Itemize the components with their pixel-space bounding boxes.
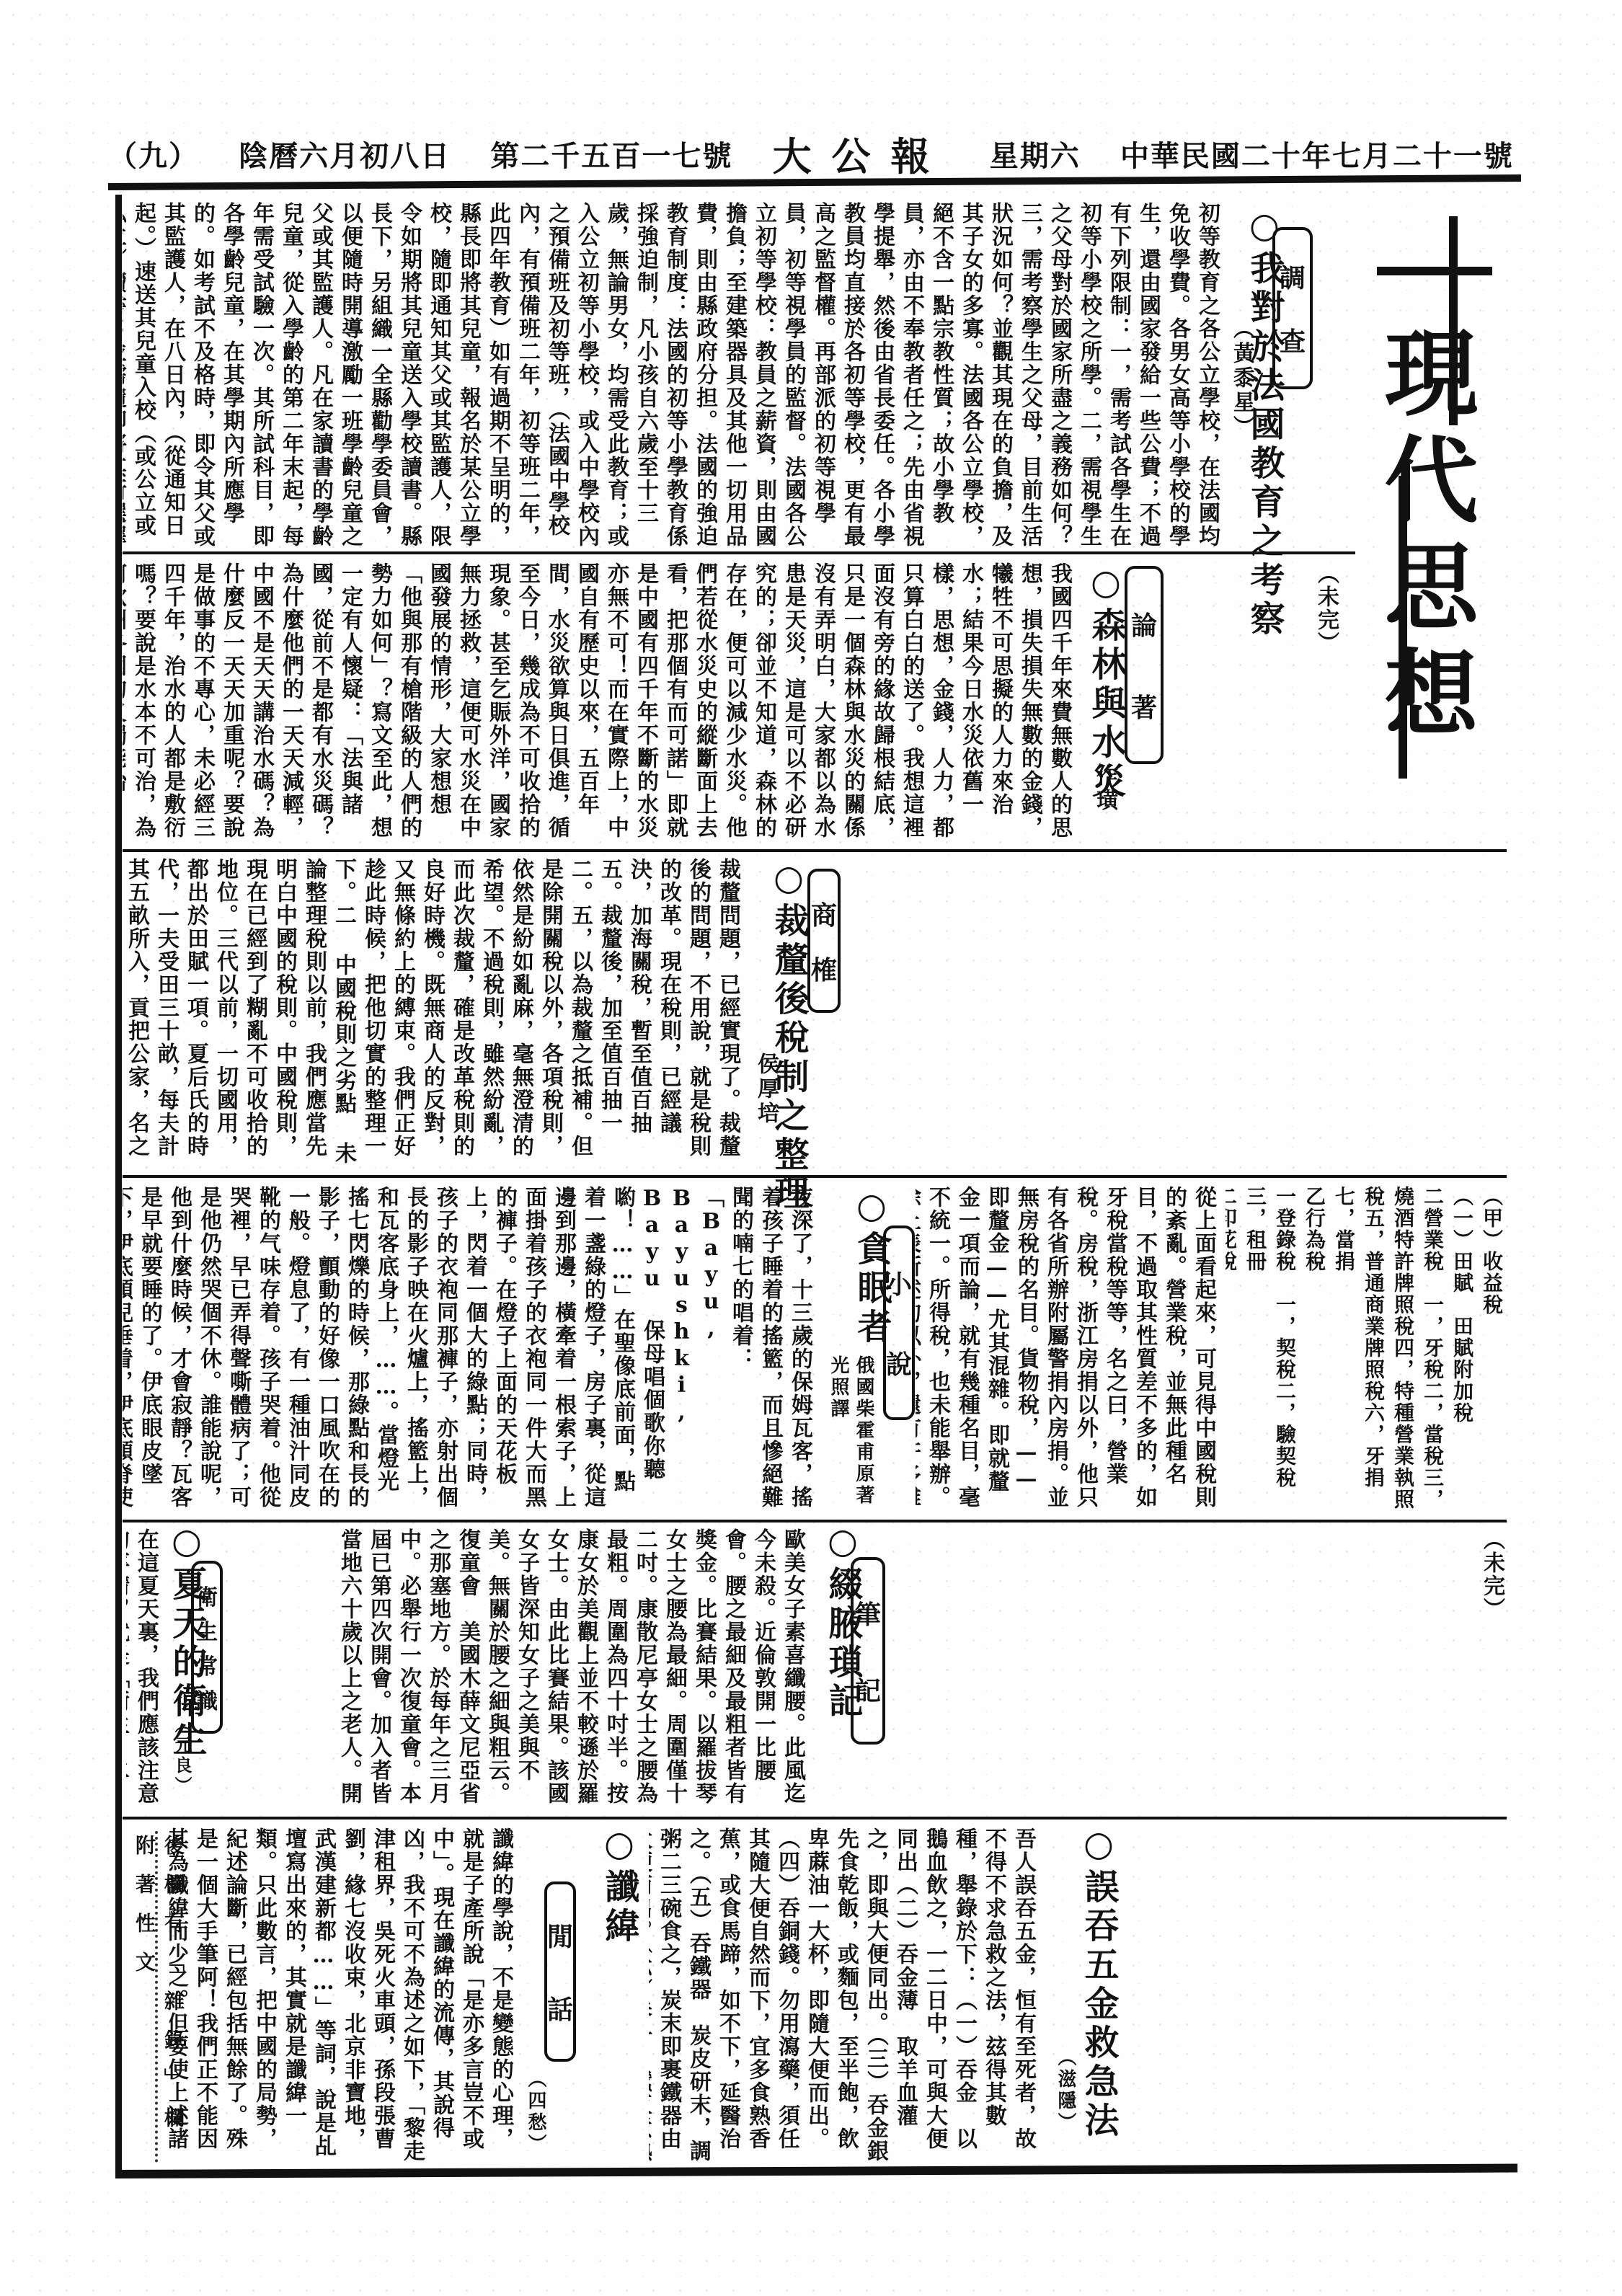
- frame-left-border: [115, 195, 122, 2170]
- translator-sleepy: 光照譯: [825, 1355, 852, 1420]
- tax-item: （甲）收益稅: [1477, 1186, 1507, 1514]
- masthead: 中華民國二十年七月二十一號 星期六 大公報 第二千五百一七號 陰曆六月初八日 （…: [108, 128, 1514, 179]
- author-swallow: （滋隱）: [1052, 2047, 1079, 2134]
- ornament-stem: [1399, 476, 1407, 779]
- newspaper-page: 中華民國二十年七月二十一號 星期六 大公報 第二千五百一七號 陰曆六月初八日 （…: [0, 0, 1622, 2296]
- paper-name: 大公報: [773, 126, 950, 182]
- article-body-sleepy-continued: （未完）: [980, 1528, 1507, 1813]
- tax-category-list: （甲）收益稅 （一）田賦 田賦附加稅 二營業稅 一，牙稅二，當稅三，燒酒特許牌照…: [1226, 1186, 1507, 1514]
- author-tax: 侯厚培: [750, 1052, 781, 1126]
- frame-bottom-border: [115, 2164, 1517, 2178]
- issue-number: 第二千五百一七號: [490, 133, 732, 174]
- page-number: （九）: [108, 133, 199, 174]
- article-body-education: 初等教育之各公立學校，在法國均免收學費。各男女高等小學校的學生，還由國家發給一些…: [123, 202, 1222, 548]
- article-body-education-continued: （未完）: [1168, 562, 1341, 843]
- article-body-forest: 我國四千年來費無數人的思想，損失損失無數的金錢，犧牲不可思擬的人力來治水；結果今…: [123, 562, 1074, 843]
- tax-item: 二營業稅 一，牙稅二，當稅三，燒酒特許牌照稅四，特種營業執照稅五，普通商業牌照稅…: [1329, 1186, 1448, 1514]
- tax-summary: 從上面看起來，可見得中國稅則的紊亂。營業稅，並無此種名目，不過取其性質差不多的，…: [916, 1186, 1218, 1514]
- article-body-hygiene: 在這夏天裏，我們應該注意的事情，就是「衛生」二字。因為當這個時候，暑氣薰蒸，很容…: [126, 1528, 161, 1813]
- headline-tax: ○裁釐後稅制之整理: [764, 858, 814, 1214]
- lunar-date: 陰曆六月初八日: [239, 133, 451, 174]
- tax-item: （一）田賦 田賦附加稅: [1448, 1186, 1477, 1514]
- headline-sleepy: ○貪眠者: [847, 1186, 897, 1347]
- band-rule-3: [123, 1175, 1507, 1178]
- headline-waist: ○綴腋瑣記: [818, 1521, 868, 1721]
- author-hygiene: （元良）: [169, 1716, 195, 1796]
- section-title: 現代思想: [1355, 216, 1499, 779]
- ornament-cross-bar: [1377, 267, 1492, 275]
- author-chenwei: （四愁）: [523, 2069, 549, 2155]
- band-rule-5: [123, 1817, 1507, 1819]
- article-body-chenwei: 讖緯的學說，不是變態的心理，就是子產所說「是亦多言豈不或中」。現在讖緯的流傳，其…: [169, 1827, 515, 2163]
- section-title-text: 現代思想: [1377, 324, 1471, 751]
- tax-item: 二印花稅: [1226, 1186, 1241, 1514]
- column-label-chat: 閒 話: [544, 1881, 576, 2062]
- article-body-tax: 裁釐問題，已經實現了。裁釐後的問題，不用說，就是稅則的改革。現在稅則，已經議決，…: [123, 858, 743, 1168]
- headline-swallow: ○誤吞五金救急法: [1074, 1824, 1124, 2141]
- band-rule-2: [123, 849, 1507, 852]
- tax-item: 乙行為稅: [1300, 1186, 1329, 1514]
- article-body-sleepy: 夜深了，十三歲的保姆瓦客，搖着孩子睡着的搖籃，而且慘絕難聞的喃七的唱着：「Bay…: [123, 1186, 815, 1514]
- band-rule-1: [123, 551, 1355, 554]
- weekday: 星期六: [990, 133, 1081, 174]
- article-body-waist: 歐美女子素喜纖腰。此風迄今未殺。近倫敦開一比腰會。腰之最細及最粗者皆有獎金。比賽…: [339, 1528, 807, 1813]
- author-sleepy: 俄國柴霍甫原著: [851, 1355, 877, 1507]
- footer-note: 後欄有「雜錄」欄附著性文: [130, 1835, 187, 2163]
- band-rule-4: [123, 1520, 1507, 1522]
- article-body-forest-continued: [973, 858, 1507, 1168]
- headline-chenwei: ○讖緯: [595, 1824, 644, 1946]
- article-body-swallow: 吾人誤吞五金，恒有至死者，故不得不求急救之法，玆得其數種，舉錄於下：（一）吞金 …: [649, 1827, 1038, 2163]
- author-education: （黃黍星）: [1226, 317, 1257, 440]
- tax-item: 一登錄稅 一，契稅二，驗契稅三，租冊: [1241, 1186, 1300, 1514]
- author-forest: 作璜: [1089, 764, 1120, 813]
- republic-date: 中華民國二十年七月二十一號: [1120, 133, 1514, 174]
- article-body-hygiene-continued: [1110, 1827, 1507, 2163]
